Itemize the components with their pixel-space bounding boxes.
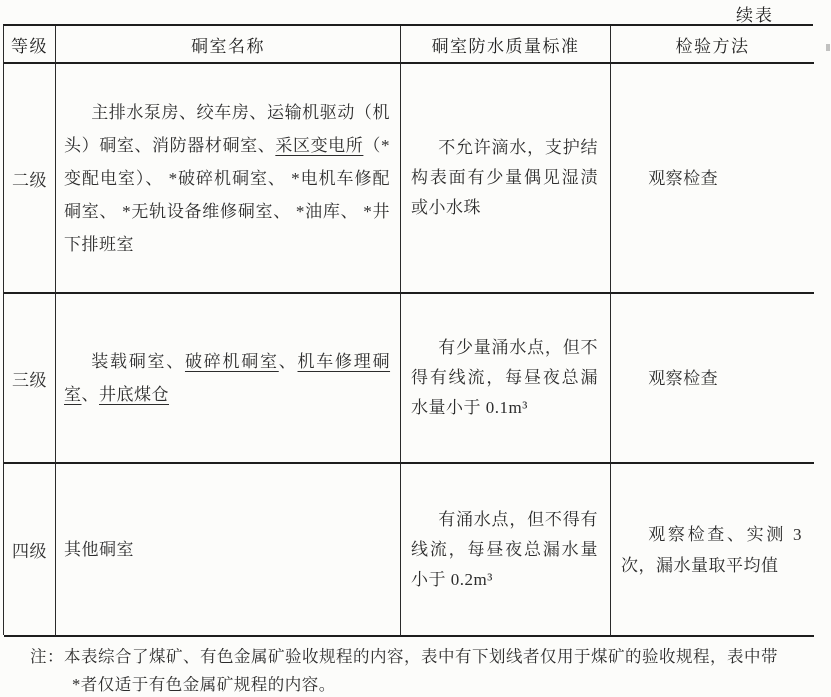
table-row-standard: 有涌水点，但不得有线流，每昼夜总漏水量小于 0.2m³ xyxy=(401,464,611,637)
standard-text: 不允许滴水，支护结构表面有少量偶见湿渍或小水珠 xyxy=(411,133,598,223)
table-row-chamber-names: 主排水泵房、绞车房、运输机驱动（机头）硐室、消防器材硐室、采区变电所（*变配电室… xyxy=(56,64,401,294)
table-row-chamber-names: 装载硐室、破碎机硐室、机车修理硐室、井底煤仓 xyxy=(56,294,401,464)
footnote-line-1: 注：本表综合了煤矿、有色金属矿验收规程的内容，表中有下划线者仅用于煤矿的验收规程… xyxy=(30,643,822,671)
method-text: 观察检查 xyxy=(621,363,802,394)
table-row-grade: 三级 xyxy=(4,294,56,464)
table-row-grade: 二级 xyxy=(4,64,56,294)
standard-text: 有涌水点，但不得有线流，每昼夜总漏水量小于 0.2m³ xyxy=(411,505,598,595)
table-footnote: 注：本表综合了煤矿、有色金属矿验收规程的内容，表中有下划线者仅用于煤矿的验收规程… xyxy=(30,643,822,697)
header-grade: 等级 xyxy=(4,26,56,64)
document-page: 续表 等级 硐室名称 硐室防水质量标准 检验方法 二级 主排水泵房、绞车房、运输… xyxy=(0,0,831,697)
chamber-waterproof-table: 等级 硐室名称 硐室防水质量标准 检验方法 二级 主排水泵房、绞车房、运输机驱动… xyxy=(3,24,813,635)
method-text: 观察检查、实测 3 次，漏水量取平均值 xyxy=(621,519,802,581)
footnote-line-2: *者仅适于有色金属矿规程的内容。 xyxy=(30,671,822,697)
table-row-standard: 有少量涌水点，但不得有线流，每昼夜总漏水量小于 0.1m³ xyxy=(401,294,611,464)
header-waterproof-standard: 硐室防水质量标准 xyxy=(401,26,611,64)
chamber-names-text: 装载硐室、破碎机硐室、机车修理硐室、井底煤仓 xyxy=(64,345,390,411)
table-row-method: 观察检查 xyxy=(611,294,814,464)
header-chamber-name: 硐室名称 xyxy=(56,26,401,64)
continued-table-label: 续表 xyxy=(736,1,774,26)
table-row-method: 观察检查 xyxy=(611,64,814,294)
table-row-chamber-names: 其他硐室 xyxy=(56,464,401,637)
header-inspection-method: 检验方法 xyxy=(611,26,814,64)
method-text: 观察检查 xyxy=(621,163,802,194)
grade-label: 三级 xyxy=(4,366,55,391)
standard-text: 有少量涌水点，但不得有线流，每昼夜总漏水量小于 0.1m³ xyxy=(411,333,598,423)
grade-label: 四级 xyxy=(4,537,55,562)
grade-label: 二级 xyxy=(4,166,55,191)
scan-artifact xyxy=(826,44,830,51)
chamber-names-text: 其他硐室 xyxy=(64,533,390,566)
table-row-standard: 不允许滴水，支护结构表面有少量偶见湿渍或小水珠 xyxy=(401,64,611,294)
chamber-names-text: 主排水泵房、绞车房、运输机驱动（机头）硐室、消防器材硐室、采区变电所（*变配电室… xyxy=(64,96,390,261)
table-row-method: 观察检查、实测 3 次，漏水量取平均值 xyxy=(611,464,814,637)
table-row-grade: 四级 xyxy=(4,464,56,637)
